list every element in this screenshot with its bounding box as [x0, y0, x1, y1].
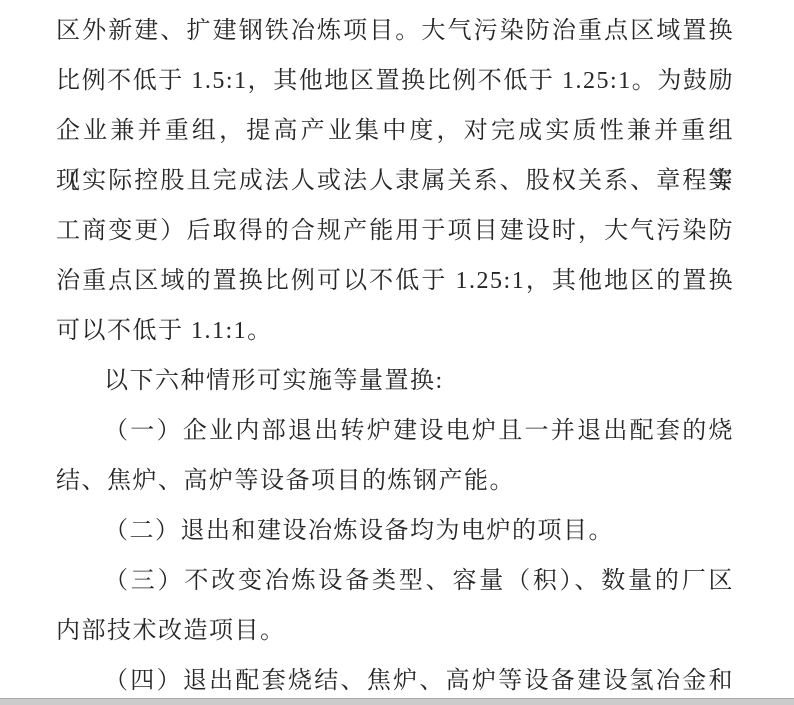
- text-line: （一）企业内部退出转炉建设电炉且一并退出配套的烧: [56, 406, 734, 456]
- text-line: 治重点区域的置换比例可以不低于 1.25:1，其他地区的置换: [56, 256, 734, 306]
- text-line: 以下六种情形可实施等量置换:: [56, 356, 734, 406]
- text-line: 比例不低于 1.5:1，其他地区置换比例不低于 1.25:1。为鼓励: [56, 56, 734, 106]
- document-page: 区外新建、扩建钢铁冶炼项目。大气污染防治重点区域置换比例不低于 1.5:1，其他…: [0, 0, 794, 705]
- text-line: 现实际控股且完成法人或法人隶属关系、股权关系、章程等: [56, 156, 734, 206]
- text-line: （二）退出和建设冶炼设备均为电炉的项目。: [56, 506, 734, 556]
- text-line: 结、焦炉、高炉等设备项目的炼钢产能。: [56, 456, 734, 506]
- text-line: 企业兼并重组，提高产业集中度，对完成实质性兼并重组（实: [56, 106, 734, 156]
- text-line: 内部技术改造项目。: [56, 606, 734, 656]
- window-bottom-edge-bar: [0, 698, 794, 705]
- text-line: （三）不改变冶炼设备类型、容量（积）、数量的厂区: [56, 556, 734, 606]
- text-line: 工商变更）后取得的合规产能用于项目建设时，大气污染防: [56, 206, 734, 256]
- text-line: 区外新建、扩建钢铁冶炼项目。大气污染防治重点区域置换: [56, 6, 734, 56]
- document-body: 区外新建、扩建钢铁冶炼项目。大气污染防治重点区域置换比例不低于 1.5:1，其他…: [56, 6, 734, 705]
- text-line: 可以不低于 1.1:1。: [56, 306, 734, 356]
